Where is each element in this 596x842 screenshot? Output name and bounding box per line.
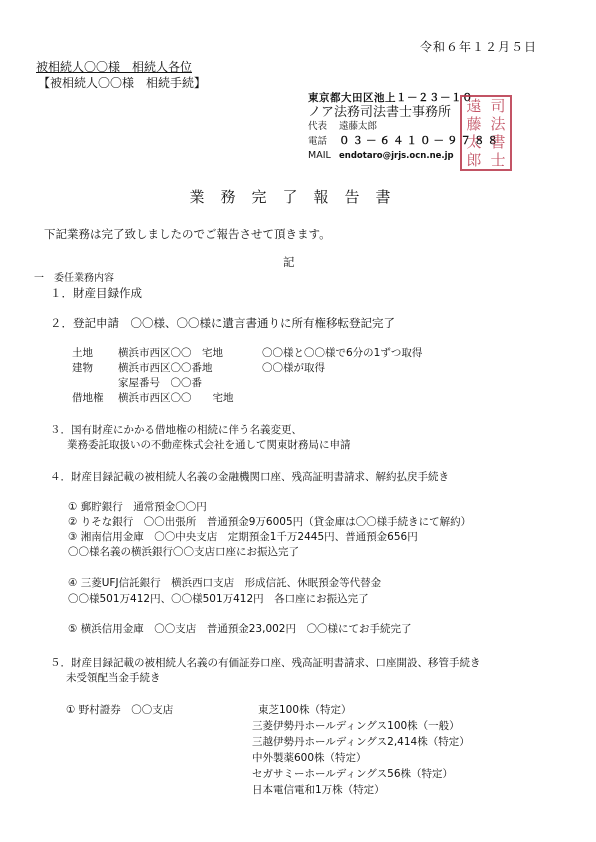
item-1: １．財産目録作成 [50,285,142,301]
item-4-line-3: 〇〇様名義の横浜銀行〇〇支店口座にお振込完了 [68,545,299,559]
item-2-kind-0: 土地 [72,346,93,360]
rep-name: 遠藤太郎 [339,121,377,132]
stock-line-0: 東芝100株（特定） [258,703,352,717]
stock-line-3: 中外製薬600株（特定） [252,751,367,765]
item-4-line-6: ⑤ 横浜信用金庫 〇〇支店 普通預金23,002円 〇〇様にてお手続完了 [68,622,412,636]
addressee: 被相続人〇〇様 相続人各位 [36,58,192,75]
stock-line-5: 日本電信電和1万株（特定） [252,783,385,797]
item-4-line-2: ③ 湘南信用金庫 〇〇中央支店 定期預金1千万2445円、普通預金656円 [68,530,418,544]
item-4-line-0: ① 郵貯銀行 通常預金〇〇円 [68,500,207,514]
stock-line-1: 三菱伊勢丹ホールディングス100株（一般） [252,719,460,733]
item-2-kind-1: 建物 [72,361,93,375]
tel-label: 電話 [308,135,336,149]
matter-title: 【被相続人〇〇様 相続手続】 [38,74,206,91]
document-date: 令和６年１２月５日 [420,38,537,55]
mail-label: MAIL [308,149,336,163]
rep-label: 代表 [308,120,336,134]
item-4-line-1: ② りそな銀行 〇〇出張所 普通預金9万6005円（貸金庫は〇〇様手続きにて解約… [68,515,471,529]
item-2-kind-3: 借地権 [72,391,104,405]
item-4: ４．財産目録記載の被相続人名義の金融機関口座、残高証明書請求、解約払戻手続き [50,470,449,484]
stamp-right-column: 司 法 書 士 [486,97,510,169]
ki-heading: 記 [283,254,295,270]
item-5-line-2: 未受領配当金手続き [66,671,161,685]
stamp-char: 士 [490,153,505,168]
item-4-line-5: 〇〇様501万412円、〇〇様501万412円 各口座にお振込完了 [68,592,369,606]
stamp-char: 法 [490,117,505,132]
seal-stamp-icon: 遠 藤 太 郎 司 法 書 士 [460,95,512,171]
stock-line-4: セガサミーホールディングス56株（特定） [252,767,453,781]
item-2-note-1: 〇〇様が取得 [262,361,325,375]
item-5-broker: ① 野村證券 〇〇支店 [66,703,173,717]
item-2: ２．登記申請 〇〇様、〇〇様に遺言書通りに所有権移転登記完了 [50,315,395,331]
stamp-char: 書 [490,135,505,150]
item-3-line-1: ３．国有財産にかかる借地権の相続に伴う名義変更、 [50,423,302,437]
stamp-char: 遠 [466,99,481,114]
item-2-loc-3: 横浜市西区〇〇 宅地 [118,391,234,405]
item-2-loc-2: 家屋番号 〇〇番 [118,376,202,390]
document-title: 業務完了報告書 [0,186,596,207]
stamp-char: 太 [466,135,481,150]
stamp-char: 司 [490,99,505,114]
stamp-left-column: 遠 藤 太 郎 [462,97,486,169]
stock-line-2: 三越伊勢丹ホールディングス2,414株（特定） [252,735,470,749]
item-2-loc-0: 横浜市西区〇〇 宅地 [118,346,223,360]
item-4-line-4: ④ 三菱UFJ信託銀行 横浜西口支店 形成信託、休眠預金等代替金 [68,576,381,590]
mail-address: endotaro@jrjs.ocn.ne.jp [339,151,454,161]
item-3-line-2: 業務委託取扱いの不動産株式会社を通して関東財務局に申請 [67,438,351,452]
item-2-note-0: 〇〇様と〇〇様で6分の1ずつ取得 [262,346,422,360]
section-heading: 一 委任業務内容 [34,269,114,284]
stamp-char: 郎 [466,153,481,168]
item-2-loc-1: 横浜市西区〇〇番地 [118,361,213,375]
stamp-char: 藤 [466,117,481,132]
intro-text: 下記業務は完了致しましたのでご報告させて頂きます。 [44,226,331,242]
item-5-line-1: ５．財産目録記載の被相続人名義の有価証券口座、残高証明書請求、口座開設、移管手続… [50,656,481,670]
